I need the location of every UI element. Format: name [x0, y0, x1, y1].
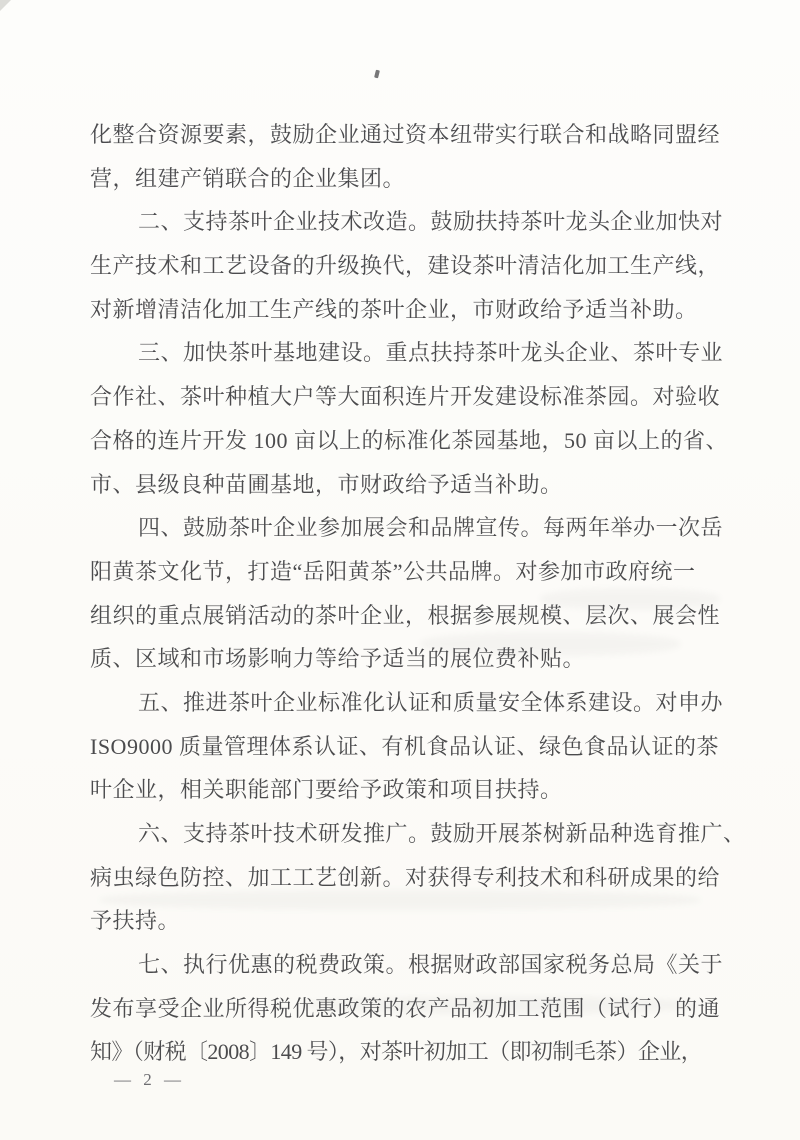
- text-line: 阳黄茶文化节，打造“岳阳黄茶”公共品牌。对参加市政府统一: [90, 550, 718, 594]
- text-line: 对新增清洁化加工生产线的茶叶企业，市财政给予适当补助。: [90, 288, 718, 332]
- text-line: 三、加快茶叶基地建设。重点扶持茶叶龙头企业、茶叶专业: [90, 331, 718, 375]
- scan-corner-artifact: [0, 0, 11, 11]
- document-body: 化整合资源要素，鼓励企业通过资本纽带实行联合和战略同盟经营，组建产销联合的企业集…: [90, 113, 718, 1074]
- text-line: 生产技术和工艺设备的升级换代，建设茶叶清洁化加工生产线，: [90, 244, 718, 288]
- page-number: — 2 —: [114, 1070, 185, 1090]
- text-line: 七、执行优惠的税费政策。根据财政部国家税务总局《关于: [90, 943, 718, 987]
- text-line: 知》（财税〔2008〕149 号），对茶叶初加工（即初制毛茶）企业，: [90, 1030, 718, 1074]
- text-line: ISO9000 质量管理体系认证、有机食品认证、绿色食品认证的茶: [90, 725, 718, 769]
- text-line: 予扶持。: [90, 899, 718, 943]
- text-line: 四、鼓励茶叶企业参加展会和品牌宣传。每两年举办一次岳: [90, 506, 718, 550]
- text-line: 叶企业，相关职能部门要给予政策和项目扶持。: [90, 768, 718, 812]
- text-line: 合作社、茶叶种植大户等大面积连片开发建设标准茶园。对验收: [90, 375, 718, 419]
- text-line: 发布享受企业所得税优惠政策的农产品初加工范围（试行）的通: [90, 987, 718, 1031]
- text-line: 营，组建产销联合的企业集团。: [90, 157, 718, 201]
- text-line: 组织的重点展销活动的茶叶企业，根据参展规模、层次、展会性: [90, 594, 718, 638]
- text-line: 六、支持茶叶技术研发推广。鼓励开展茶树新品种选育推广、: [90, 812, 718, 856]
- scan-speck: [374, 70, 380, 79]
- text-line: 市、县级良种苗圃基地，市财政给予适当补助。: [90, 463, 718, 507]
- text-line: 二、支持茶叶企业技术改造。鼓励扶持茶叶龙头企业加快对: [90, 200, 718, 244]
- document-page: 化整合资源要素，鼓励企业通过资本纽带实行联合和战略同盟经营，组建产销联合的企业集…: [0, 0, 800, 1140]
- text-line: 五、推进茶叶企业标准化认证和质量安全体系建设。对申办: [90, 681, 718, 725]
- text-line: 质、区域和市场影响力等给予适当的展位费补贴。: [90, 637, 718, 681]
- text-line: 化整合资源要素，鼓励企业通过资本纽带实行联合和战略同盟经: [90, 113, 718, 157]
- text-line: 合格的连片开发 100 亩以上的标准化茶园基地，50 亩以上的省、: [90, 419, 718, 463]
- text-line: 病虫绿色防控、加工工艺创新。对获得专利技术和科研成果的给: [90, 856, 718, 900]
